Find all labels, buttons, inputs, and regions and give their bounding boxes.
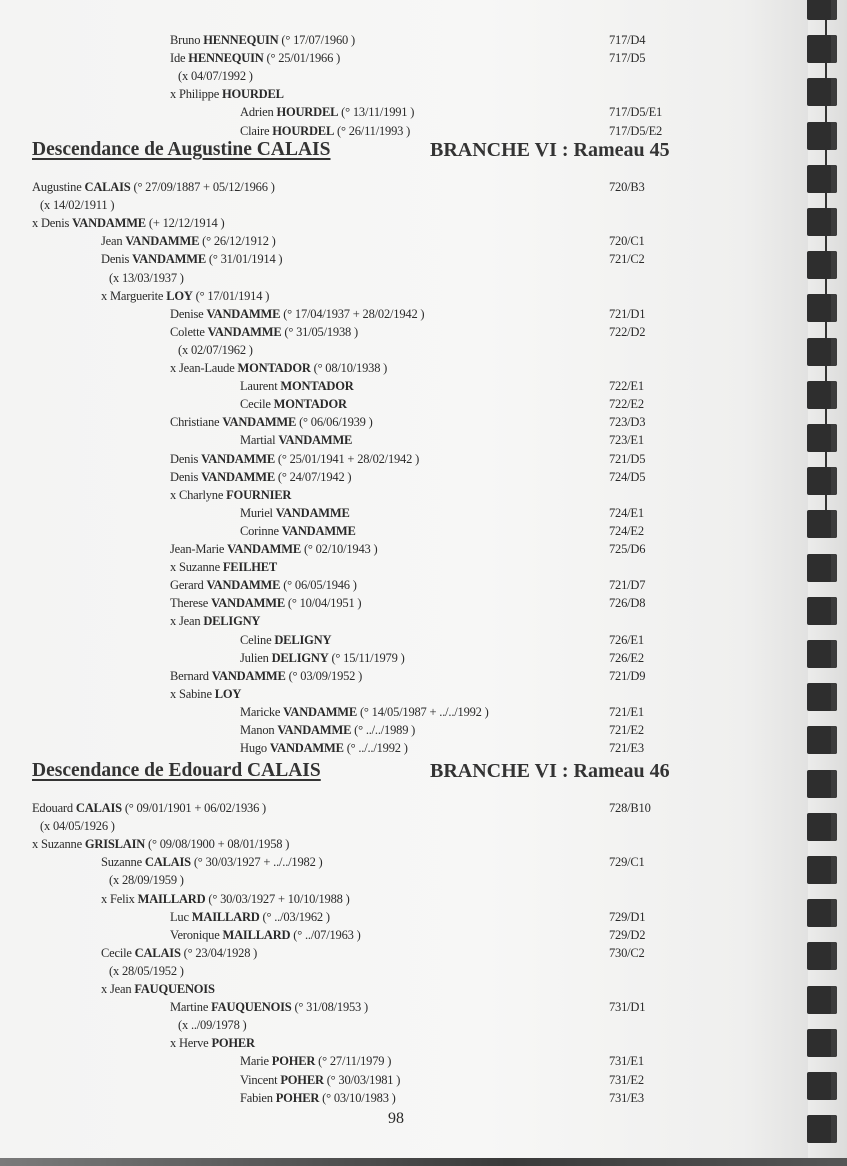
- surname: MONTADOR: [238, 361, 311, 375]
- person-entry: (x 02/07/1962 ): [178, 342, 253, 358]
- surname: MONTADOR: [280, 379, 353, 393]
- binding-ring: [807, 1029, 837, 1057]
- reference-code: 725/D6: [609, 541, 645, 557]
- binding-wire: [825, 106, 827, 122]
- dates: (° 06/06/1939 ): [296, 415, 372, 429]
- given-name: Corinne: [240, 524, 282, 538]
- dates: (° ../../1992 ): [344, 741, 408, 755]
- binding-ring: [807, 813, 837, 841]
- surname: VANDAMME: [227, 542, 301, 556]
- dates: (° 30/03/1927 + 10/10/1988 ): [205, 892, 349, 906]
- binding-wire: [825, 409, 827, 425]
- surname: VANDAMME: [276, 506, 350, 520]
- binding-ring: [807, 208, 837, 236]
- surname: MAILLARD: [223, 928, 291, 942]
- person-entry: Vincent POHER (° 30/03/1981 ): [240, 1072, 400, 1088]
- dates: (° 31/05/1938 ): [282, 325, 358, 339]
- binding-wire: [825, 452, 827, 468]
- binding-ring: [807, 770, 837, 798]
- person-entry: x Felix MAILLARD (° 30/03/1927 + 10/10/1…: [101, 891, 350, 907]
- reference-code: 731/E1: [609, 1053, 644, 1069]
- person-entry: x Jean-Laude MONTADOR (° 08/10/1938 ): [170, 360, 387, 376]
- person-entry: (x 28/09/1959 ): [109, 872, 184, 888]
- reference-code: 722/D2: [609, 324, 645, 340]
- person-entry: Bruno HENNEQUIN (° 17/07/1960 ): [170, 32, 355, 48]
- given-name: Denis: [170, 452, 201, 466]
- given-name: Colette: [170, 325, 208, 339]
- given-name: Jean-Marie: [170, 542, 227, 556]
- dates: (° 09/08/1900 + 08/01/1958 ): [145, 837, 289, 851]
- person-entry: Suzanne CALAIS (° 30/03/1927 + ../../198…: [101, 854, 323, 870]
- dates: (° 03/10/1983 ): [319, 1091, 395, 1105]
- reference-code: 724/D5: [609, 469, 645, 485]
- dates: (x 02/07/1962 ): [178, 343, 253, 357]
- dates: (° ../07/1963 ): [290, 928, 360, 942]
- dates: (° 30/03/1981 ): [324, 1073, 400, 1087]
- binding-ring: [807, 0, 837, 20]
- given-name: Vincent: [240, 1073, 280, 1087]
- person-entry: x Jean DELIGNY: [170, 613, 260, 629]
- surname: VANDAMME: [278, 433, 352, 447]
- binding-wire: [825, 366, 827, 382]
- person-entry: Martine FAUQUENOIS (° 31/08/1953 ): [170, 999, 368, 1015]
- given-name: Veronique: [170, 928, 223, 942]
- surname: FAUQUENOIS: [134, 982, 214, 996]
- surname: VANDAMME: [212, 669, 286, 683]
- reference-code: 720/B3: [609, 179, 645, 195]
- surname: HENNEQUIN: [203, 33, 278, 47]
- binding-ring: [807, 554, 837, 582]
- dates: (° 08/10/1938 ): [311, 361, 387, 375]
- given-name: Laurent: [240, 379, 280, 393]
- given-name: Maricke: [240, 705, 283, 719]
- person-entry: Marie POHER (° 27/11/1979 ): [240, 1053, 391, 1069]
- dates: (x 13/03/1937 ): [109, 271, 184, 285]
- surname: VANDAMME: [201, 470, 275, 484]
- given-name: x Jean: [101, 982, 134, 996]
- surname: MAILLARD: [192, 910, 260, 924]
- reference-code: 717/D4: [609, 32, 645, 48]
- reference-code: 724/E1: [609, 505, 644, 521]
- reference-code: 721/E1: [609, 704, 644, 720]
- given-name: Denise: [170, 307, 206, 321]
- binding-ring: [807, 338, 837, 366]
- given-name: Bernard: [170, 669, 212, 683]
- reference-code: 717/D5: [609, 50, 645, 66]
- surname: LOY: [215, 687, 242, 701]
- dates: (° 03/09/1952 ): [286, 669, 362, 683]
- person-entry: Edouard CALAIS (° 09/01/1901 + 06/02/193…: [32, 800, 266, 816]
- given-name: x Suzanne: [32, 837, 85, 851]
- dates: (° 27/11/1979 ): [315, 1054, 391, 1068]
- person-entry: Hugo VANDAMME (° ../../1992 ): [240, 740, 408, 756]
- person-entry: x Sabine LOY: [170, 686, 241, 702]
- dates: (° ../03/1962 ): [260, 910, 330, 924]
- dates: (x 28/09/1959 ): [109, 873, 184, 887]
- surname: MONTADOR: [274, 397, 347, 411]
- reference-code: 721/D5: [609, 451, 645, 467]
- dates: (° 17/01/1914 ): [193, 289, 269, 303]
- surname: VANDAMME: [206, 578, 280, 592]
- surname: VANDAMME: [125, 234, 199, 248]
- person-entry: Maricke VANDAMME (° 14/05/1987 + ../../1…: [240, 704, 489, 720]
- person-entry: Manon VANDAMME (° ../../1989 ): [240, 722, 415, 738]
- dates: (x 14/02/1911 ): [40, 198, 114, 212]
- person-entry: Therese VANDAMME (° 10/04/1951 ): [170, 595, 361, 611]
- binding-wire: [825, 193, 827, 209]
- reference-code: 730/C2: [609, 945, 645, 961]
- dates: (° 14/05/1987 + ../../1992 ): [357, 705, 489, 719]
- given-name: Ide: [170, 51, 188, 65]
- person-entry: Ide HENNEQUIN (° 25/01/1966 ): [170, 50, 340, 66]
- person-entry: x Denis VANDAMME (+ 12/12/1914 ): [32, 215, 224, 231]
- reference-code: 723/D3: [609, 414, 645, 430]
- person-entry: Corinne VANDAMME: [240, 523, 356, 539]
- dates: (° 13/11/1991 ): [338, 105, 414, 119]
- given-name: x Charlyne: [170, 488, 226, 502]
- dates: (° 26/12/1912 ): [199, 234, 275, 248]
- given-name: Marie: [240, 1054, 272, 1068]
- given-name: Edouard: [32, 801, 76, 815]
- dates: (° 02/10/1943 ): [301, 542, 377, 556]
- person-entry: Denise VANDAMME (° 17/04/1937 + 28/02/19…: [170, 306, 424, 322]
- given-name: Therese: [170, 596, 211, 610]
- person-entry: (x 13/03/1937 ): [109, 270, 184, 286]
- person-entry: Denis VANDAMME (° 31/01/1914 ): [101, 251, 282, 267]
- given-name: Denis: [101, 252, 132, 266]
- given-name: Claire: [240, 124, 272, 138]
- given-name: Muriel: [240, 506, 276, 520]
- binding-ring: [807, 856, 837, 884]
- surname: CALAIS: [135, 946, 181, 960]
- given-name: Suzanne: [101, 855, 145, 869]
- binding-ring: [807, 165, 837, 193]
- dates: (° 31/08/1953 ): [292, 1000, 368, 1014]
- page-bottom-edge: [0, 1158, 847, 1166]
- person-entry: Martial VANDAMME: [240, 432, 352, 448]
- binding-ring: [807, 942, 837, 970]
- given-name: Christiane: [170, 415, 222, 429]
- dates: (° ../../1989 ): [351, 723, 415, 737]
- surname: POHER: [280, 1073, 323, 1087]
- reference-code: 731/D1: [609, 999, 645, 1015]
- surname: DELIGNY: [274, 633, 331, 647]
- person-entry: (x 28/05/1952 ): [109, 963, 184, 979]
- surname: HOURDEL: [272, 124, 334, 138]
- surname: CALAIS: [76, 801, 122, 815]
- person-entry: Claire HOURDEL (° 26/11/1993 ): [240, 123, 410, 139]
- given-name: x Suzanne: [170, 560, 223, 574]
- person-entry: Colette VANDAMME (° 31/05/1938 ): [170, 324, 358, 340]
- person-entry: Julien DELIGNY (° 15/11/1979 ): [240, 650, 405, 666]
- binding-wire: [825, 322, 827, 338]
- reference-code: 731/E2: [609, 1072, 644, 1088]
- person-entry: Cecile MONTADOR: [240, 396, 347, 412]
- given-name: Manon: [240, 723, 277, 737]
- surname: DELIGNY: [272, 651, 329, 665]
- binding-ring: [807, 424, 837, 452]
- reference-code: 729/D1: [609, 909, 645, 925]
- surname: HOURDEL: [222, 87, 284, 101]
- person-entry: x Herve POHER: [170, 1035, 255, 1051]
- reference-code: 729/D2: [609, 927, 645, 943]
- binding-ring: [807, 986, 837, 1014]
- person-entry: x Charlyne FOURNIER: [170, 487, 291, 503]
- dates: (° 25/01/1941 + 28/02/1942 ): [275, 452, 419, 466]
- dates: (° 17/04/1937 + 28/02/1942 ): [280, 307, 424, 321]
- dates: (x ../09/1978 ): [178, 1018, 247, 1032]
- reference-code: 729/C1: [609, 854, 645, 870]
- section-title: Descendance de Augustine CALAIS: [32, 139, 331, 161]
- dates: (° 17/07/1960 ): [278, 33, 354, 47]
- reference-code: 721/D9: [609, 668, 645, 684]
- surname: CALAIS: [145, 855, 191, 869]
- given-name: Julien: [240, 651, 272, 665]
- reference-code: 726/D8: [609, 595, 645, 611]
- reference-code: 721/D7: [609, 577, 645, 593]
- binding-ring: [807, 78, 837, 106]
- given-name: Denis: [170, 470, 201, 484]
- binding-ring: [807, 899, 837, 927]
- binding-wire: [825, 63, 827, 79]
- surname: VANDAMME: [208, 325, 282, 339]
- given-name: x Marguerite: [101, 289, 166, 303]
- given-name: x Herve: [170, 1036, 211, 1050]
- person-entry: Fabien POHER (° 03/10/1983 ): [240, 1090, 396, 1106]
- dates: (° 24/07/1942 ): [275, 470, 351, 484]
- person-entry: Denis VANDAMME (° 25/01/1941 + 28/02/194…: [170, 451, 419, 467]
- surname: FOURNIER: [226, 488, 291, 502]
- person-entry: Adrien HOURDEL (° 13/11/1991 ): [240, 104, 414, 120]
- reference-code: 724/E2: [609, 523, 644, 539]
- given-name: Gerard: [170, 578, 206, 592]
- given-name: Adrien: [240, 105, 276, 119]
- branch-title: BRANCHE VI : Rameau 46: [430, 760, 670, 783]
- dates: (x 28/05/1952 ): [109, 964, 184, 978]
- reference-code: 721/C2: [609, 251, 645, 267]
- person-entry: x Jean FAUQUENOIS: [101, 981, 215, 997]
- binding-wire: [825, 150, 827, 166]
- surname: VANDAMME: [222, 415, 296, 429]
- person-entry: x Suzanne FEILHET: [170, 559, 277, 575]
- given-name: x Philippe: [170, 87, 222, 101]
- person-entry: Augustine CALAIS (° 27/09/1887 + 05/12/1…: [32, 179, 275, 195]
- surname: VANDAMME: [277, 723, 351, 737]
- binding-ring: [807, 1072, 837, 1100]
- surname: CALAIS: [85, 180, 131, 194]
- reference-code: 726/E2: [609, 650, 644, 666]
- binding-ring: [807, 294, 837, 322]
- person-entry: Christiane VANDAMME (° 06/06/1939 ): [170, 414, 373, 430]
- surname: VANDAMME: [72, 216, 146, 230]
- person-entry: Bernard VANDAMME (° 03/09/1952 ): [170, 668, 362, 684]
- person-entry: Muriel VANDAMME: [240, 505, 350, 521]
- branch-title: BRANCHE VI : Rameau 45: [430, 139, 670, 162]
- dates: (° 27/09/1887 + 05/12/1966 ): [131, 180, 275, 194]
- dates: (° 31/01/1914 ): [206, 252, 282, 266]
- reference-code: 726/E1: [609, 632, 644, 648]
- surname: LOY: [166, 289, 193, 303]
- binding-ring: [807, 640, 837, 668]
- given-name: Cecile: [101, 946, 135, 960]
- reference-code: 721/E3: [609, 740, 644, 756]
- person-entry: x Suzanne GRISLAIN (° 09/08/1900 + 08/01…: [32, 836, 289, 852]
- binding-ring: [807, 726, 837, 754]
- surname: MAILLARD: [138, 892, 206, 906]
- surname: VANDAMME: [211, 596, 285, 610]
- reference-code: 721/D1: [609, 306, 645, 322]
- binding-wire: [825, 279, 827, 295]
- dates: (° 23/04/1928 ): [181, 946, 257, 960]
- surname: GRISLAIN: [85, 837, 145, 851]
- person-entry: x Philippe HOURDEL: [170, 86, 284, 102]
- surname: VANDAMME: [283, 705, 357, 719]
- given-name: Jean: [101, 234, 125, 248]
- person-entry: Denis VANDAMME (° 24/07/1942 ): [170, 469, 351, 485]
- person-entry: Jean VANDAMME (° 26/12/1912 ): [101, 233, 276, 249]
- surname: VANDAMME: [282, 524, 356, 538]
- binding-wire: [825, 20, 827, 36]
- given-name: Celine: [240, 633, 274, 647]
- surname: VANDAMME: [201, 452, 275, 466]
- dates: (° 30/03/1927 + ../../1982 ): [191, 855, 323, 869]
- dates: (° 15/11/1979 ): [329, 651, 405, 665]
- given-name: x Sabine: [170, 687, 215, 701]
- surname: VANDAMME: [206, 307, 280, 321]
- given-name: Bruno: [170, 33, 203, 47]
- binding-ring: [807, 35, 837, 63]
- person-entry: (x 04/05/1926 ): [40, 818, 115, 834]
- dates: (° 25/01/1966 ): [264, 51, 340, 65]
- given-name: Cecile: [240, 397, 274, 411]
- person-entry: Cecile CALAIS (° 23/04/1928 ): [101, 945, 257, 961]
- dates: (° 10/04/1951 ): [285, 596, 361, 610]
- binding-ring: [807, 683, 837, 711]
- given-name: Luc: [170, 910, 192, 924]
- dates: (° 26/11/1993 ): [334, 124, 410, 138]
- person-entry: Luc MAILLARD (° ../03/1962 ): [170, 909, 330, 925]
- person-entry: Laurent MONTADOR: [240, 378, 354, 394]
- given-name: Fabien: [240, 1091, 276, 1105]
- surname: DELIGNY: [203, 614, 260, 628]
- person-entry: Gerard VANDAMME (° 06/05/1946 ): [170, 577, 357, 593]
- given-name: x Jean-Laude: [170, 361, 238, 375]
- section-title: Descendance de Edouard CALAIS: [32, 760, 321, 782]
- surname: POHER: [272, 1054, 315, 1068]
- surname: HOURDEL: [276, 105, 338, 119]
- reference-code: 723/E1: [609, 432, 644, 448]
- reference-code: 717/D5/E1: [609, 104, 662, 120]
- surname: VANDAMME: [132, 252, 206, 266]
- binding-ring: [807, 510, 837, 538]
- surname: POHER: [276, 1091, 319, 1105]
- dates: (x 04/05/1926 ): [40, 819, 115, 833]
- given-name: Martial: [240, 433, 278, 447]
- given-name: Hugo: [240, 741, 270, 755]
- person-entry: (x 14/02/1911 ): [40, 197, 114, 213]
- given-name: x Jean: [170, 614, 203, 628]
- dates: (° 09/01/1901 + 06/02/1936 ): [122, 801, 266, 815]
- reference-code: 722/E2: [609, 396, 644, 412]
- surname: VANDAMME: [270, 741, 344, 755]
- reference-code: 717/D5/E2: [609, 123, 662, 139]
- surname: HENNEQUIN: [188, 51, 263, 65]
- dates: (° 06/05/1946 ): [280, 578, 356, 592]
- person-entry: (x ../09/1978 ): [178, 1017, 247, 1033]
- dates: (+ 12/12/1914 ): [146, 216, 225, 230]
- person-entry: x Marguerite LOY (° 17/01/1914 ): [101, 288, 269, 304]
- given-name: Augustine: [32, 180, 85, 194]
- page-number: 98: [388, 1110, 404, 1128]
- binding-ring: [807, 251, 837, 279]
- reference-code: 721/E2: [609, 722, 644, 738]
- person-entry: Celine DELIGNY: [240, 632, 331, 648]
- surname: FAUQUENOIS: [211, 1000, 291, 1014]
- surname: POHER: [211, 1036, 254, 1050]
- binding-ring: [807, 467, 837, 495]
- given-name: x Felix: [101, 892, 138, 906]
- person-entry: Jean-Marie VANDAMME (° 02/10/1943 ): [170, 541, 377, 557]
- reference-code: 728/B10: [609, 800, 651, 816]
- given-name: x Denis: [32, 216, 72, 230]
- reference-code: 731/E3: [609, 1090, 644, 1106]
- binding-ring: [807, 597, 837, 625]
- dates: (x 04/07/1992 ): [178, 69, 253, 83]
- given-name: Martine: [170, 1000, 211, 1014]
- binding-wire: [825, 495, 827, 511]
- binding-wire: [825, 236, 827, 252]
- reference-code: 722/E1: [609, 378, 644, 394]
- binding-ring: [807, 122, 837, 150]
- surname: FEILHET: [223, 560, 277, 574]
- binding-ring: [807, 1115, 837, 1143]
- person-entry: (x 04/07/1992 ): [178, 68, 253, 84]
- binding-ring: [807, 381, 837, 409]
- person-entry: Veronique MAILLARD (° ../07/1963 ): [170, 927, 361, 943]
- reference-code: 720/C1: [609, 233, 645, 249]
